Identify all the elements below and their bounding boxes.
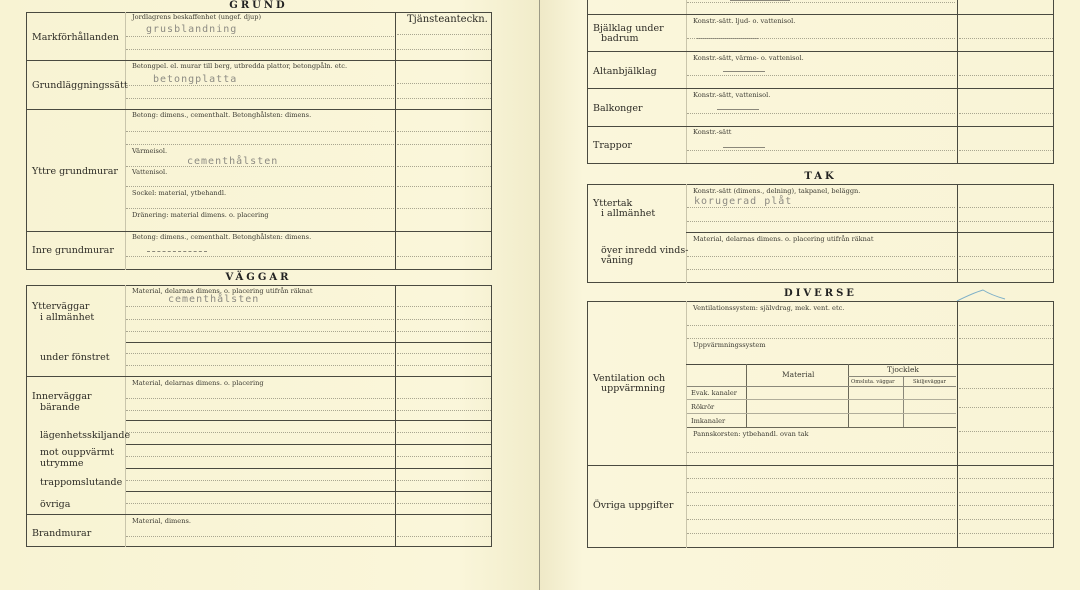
row-label-ovriga: övriga bbox=[40, 499, 70, 510]
hint-balkonger: Konstr.-sätt, vattenisol. bbox=[693, 91, 770, 99]
hint-uppvarmningssystem: Uppvärmningssystem bbox=[693, 341, 766, 349]
row-label-vaning: våning bbox=[601, 255, 633, 266]
row-label-under-fonstret: under fönstret bbox=[40, 352, 110, 363]
row-label-innerväggar: Innerväggar bbox=[32, 391, 92, 402]
row-label-inre-grundmurar: Inre grundmurar bbox=[32, 245, 114, 256]
hint-yttre-vattenisol: Vattenisol. bbox=[132, 168, 167, 176]
hint-markforhallanden: Jordlagrens beskaffenhet (ungef. djup) bbox=[132, 13, 261, 21]
col-header-tjocklek: Tjocklek bbox=[887, 366, 919, 374]
row-label-badrum: badrum bbox=[601, 33, 639, 44]
row-label-yttertak-allmanhet: i allmänhet bbox=[601, 208, 655, 219]
hint-trappor: Konstr.-sätt bbox=[693, 128, 731, 136]
row-label-lagenhetsskiljande: lägenhetsskiljande bbox=[40, 430, 130, 441]
book-gutter bbox=[539, 0, 540, 590]
field-altanbjalklag[interactable] bbox=[723, 71, 765, 72]
hint-yttre-sockel: Sockel: material, ytbehandl. bbox=[132, 189, 226, 197]
hint-bjalklag-badrum: Konstr.-sätt. ljud- o. vattenisol. bbox=[693, 17, 795, 25]
section-title-tak: TAK bbox=[587, 171, 1054, 182]
hint-grundlaggningssatt: Betongpel. el. murar till berg, utbredda… bbox=[132, 62, 347, 70]
row-label-brandmurar: Brandmurar bbox=[32, 528, 91, 539]
row-label-mot-ouppvarmt: mot ouppvärmt bbox=[40, 447, 114, 458]
hint-yttre-betong: Betong: dimens., cementhalt. Betonghålst… bbox=[132, 111, 311, 119]
hint-inre-grundmurar: Betong: dimens., cementhalt. Betonghålst… bbox=[132, 233, 311, 241]
row-label-balkonger: Balkonger bbox=[593, 103, 643, 114]
section-title-vaggar: VÄGGAR bbox=[26, 272, 491, 283]
field-grundlaggningssatt[interactable]: betongplatta bbox=[153, 74, 237, 85]
row-label-altanbjalklag: Altanbjälklag bbox=[593, 66, 657, 77]
vaggar-table bbox=[26, 285, 492, 547]
row-label-yttre-grundmurar: Yttre grundmurar bbox=[32, 166, 118, 177]
hint-yttre-dranering: Dränering: material dimens. o. placering bbox=[132, 211, 269, 219]
row-label-trappomslutande: trappomslutande bbox=[40, 477, 122, 488]
hint-brandmurar: Material, dimens. bbox=[132, 517, 191, 525]
field-inre-grundmurar[interactable] bbox=[147, 251, 207, 252]
col-header-material: Material bbox=[782, 371, 814, 379]
row-label-grundlaggningssatt: Grundläggningssätt bbox=[32, 80, 128, 91]
row-label-evak-kanaler: Evak. kanaler bbox=[691, 389, 737, 397]
hint-innerväggar: Material, delarnas dimens. o. placering bbox=[132, 379, 264, 387]
row-label-ytterväggar: Ytterväggar bbox=[32, 301, 89, 312]
row-label-uppvarmning: uppvärmning bbox=[601, 383, 665, 394]
hint-yttre-varmeisol: Värmeisol. bbox=[132, 147, 167, 155]
row-label-ovriga-uppgifter: Övriga uppgifter bbox=[593, 500, 673, 511]
row-label-barande: bärande bbox=[40, 402, 80, 413]
field-markforhallanden[interactable]: grusblandning bbox=[146, 24, 237, 35]
row-label-markforhallanden: Markförhållanden bbox=[32, 32, 119, 43]
row-label-trappor: Trappor bbox=[593, 140, 632, 151]
section-title-grund: GRUND bbox=[26, 0, 491, 11]
row-label-utrymme: utrymme bbox=[40, 458, 83, 469]
col-header-omsluta-vaggar: Omsluta. väggar bbox=[851, 379, 895, 385]
hint-yttertak: Konstr.-sätt (dimens., delning), takpane… bbox=[693, 187, 860, 195]
col-header-skiljevaggar: Skiljeväggar bbox=[913, 379, 946, 385]
hint-pannskorsten: Pannskorsten: ytbehandl. ovan tak bbox=[693, 430, 809, 438]
field-yttertak[interactable]: korugerad plåt bbox=[694, 196, 792, 207]
row-label-imkanaler: Imkanaler bbox=[691, 417, 725, 425]
hint-ventilationssystem: Ventilationssystem: självdrag, mek. vent… bbox=[693, 304, 844, 312]
field-balkonger[interactable] bbox=[717, 109, 759, 110]
field-trappor[interactable] bbox=[723, 147, 765, 148]
field-ytterväggar[interactable]: cementhålsten bbox=[168, 294, 259, 305]
hint-over-inredd: Material, delarnas dimens. o. placering … bbox=[693, 235, 874, 243]
hint-altanbjalklag: Konstr.-sätt, värme- o. vattenisol. bbox=[693, 54, 804, 62]
row-label-ytterväggar-allmanhet: i allmänhet bbox=[40, 312, 94, 323]
notes-column-header: Tjänsteanteckn. bbox=[407, 14, 488, 25]
row-label-rokror: Rökrör bbox=[691, 403, 714, 411]
